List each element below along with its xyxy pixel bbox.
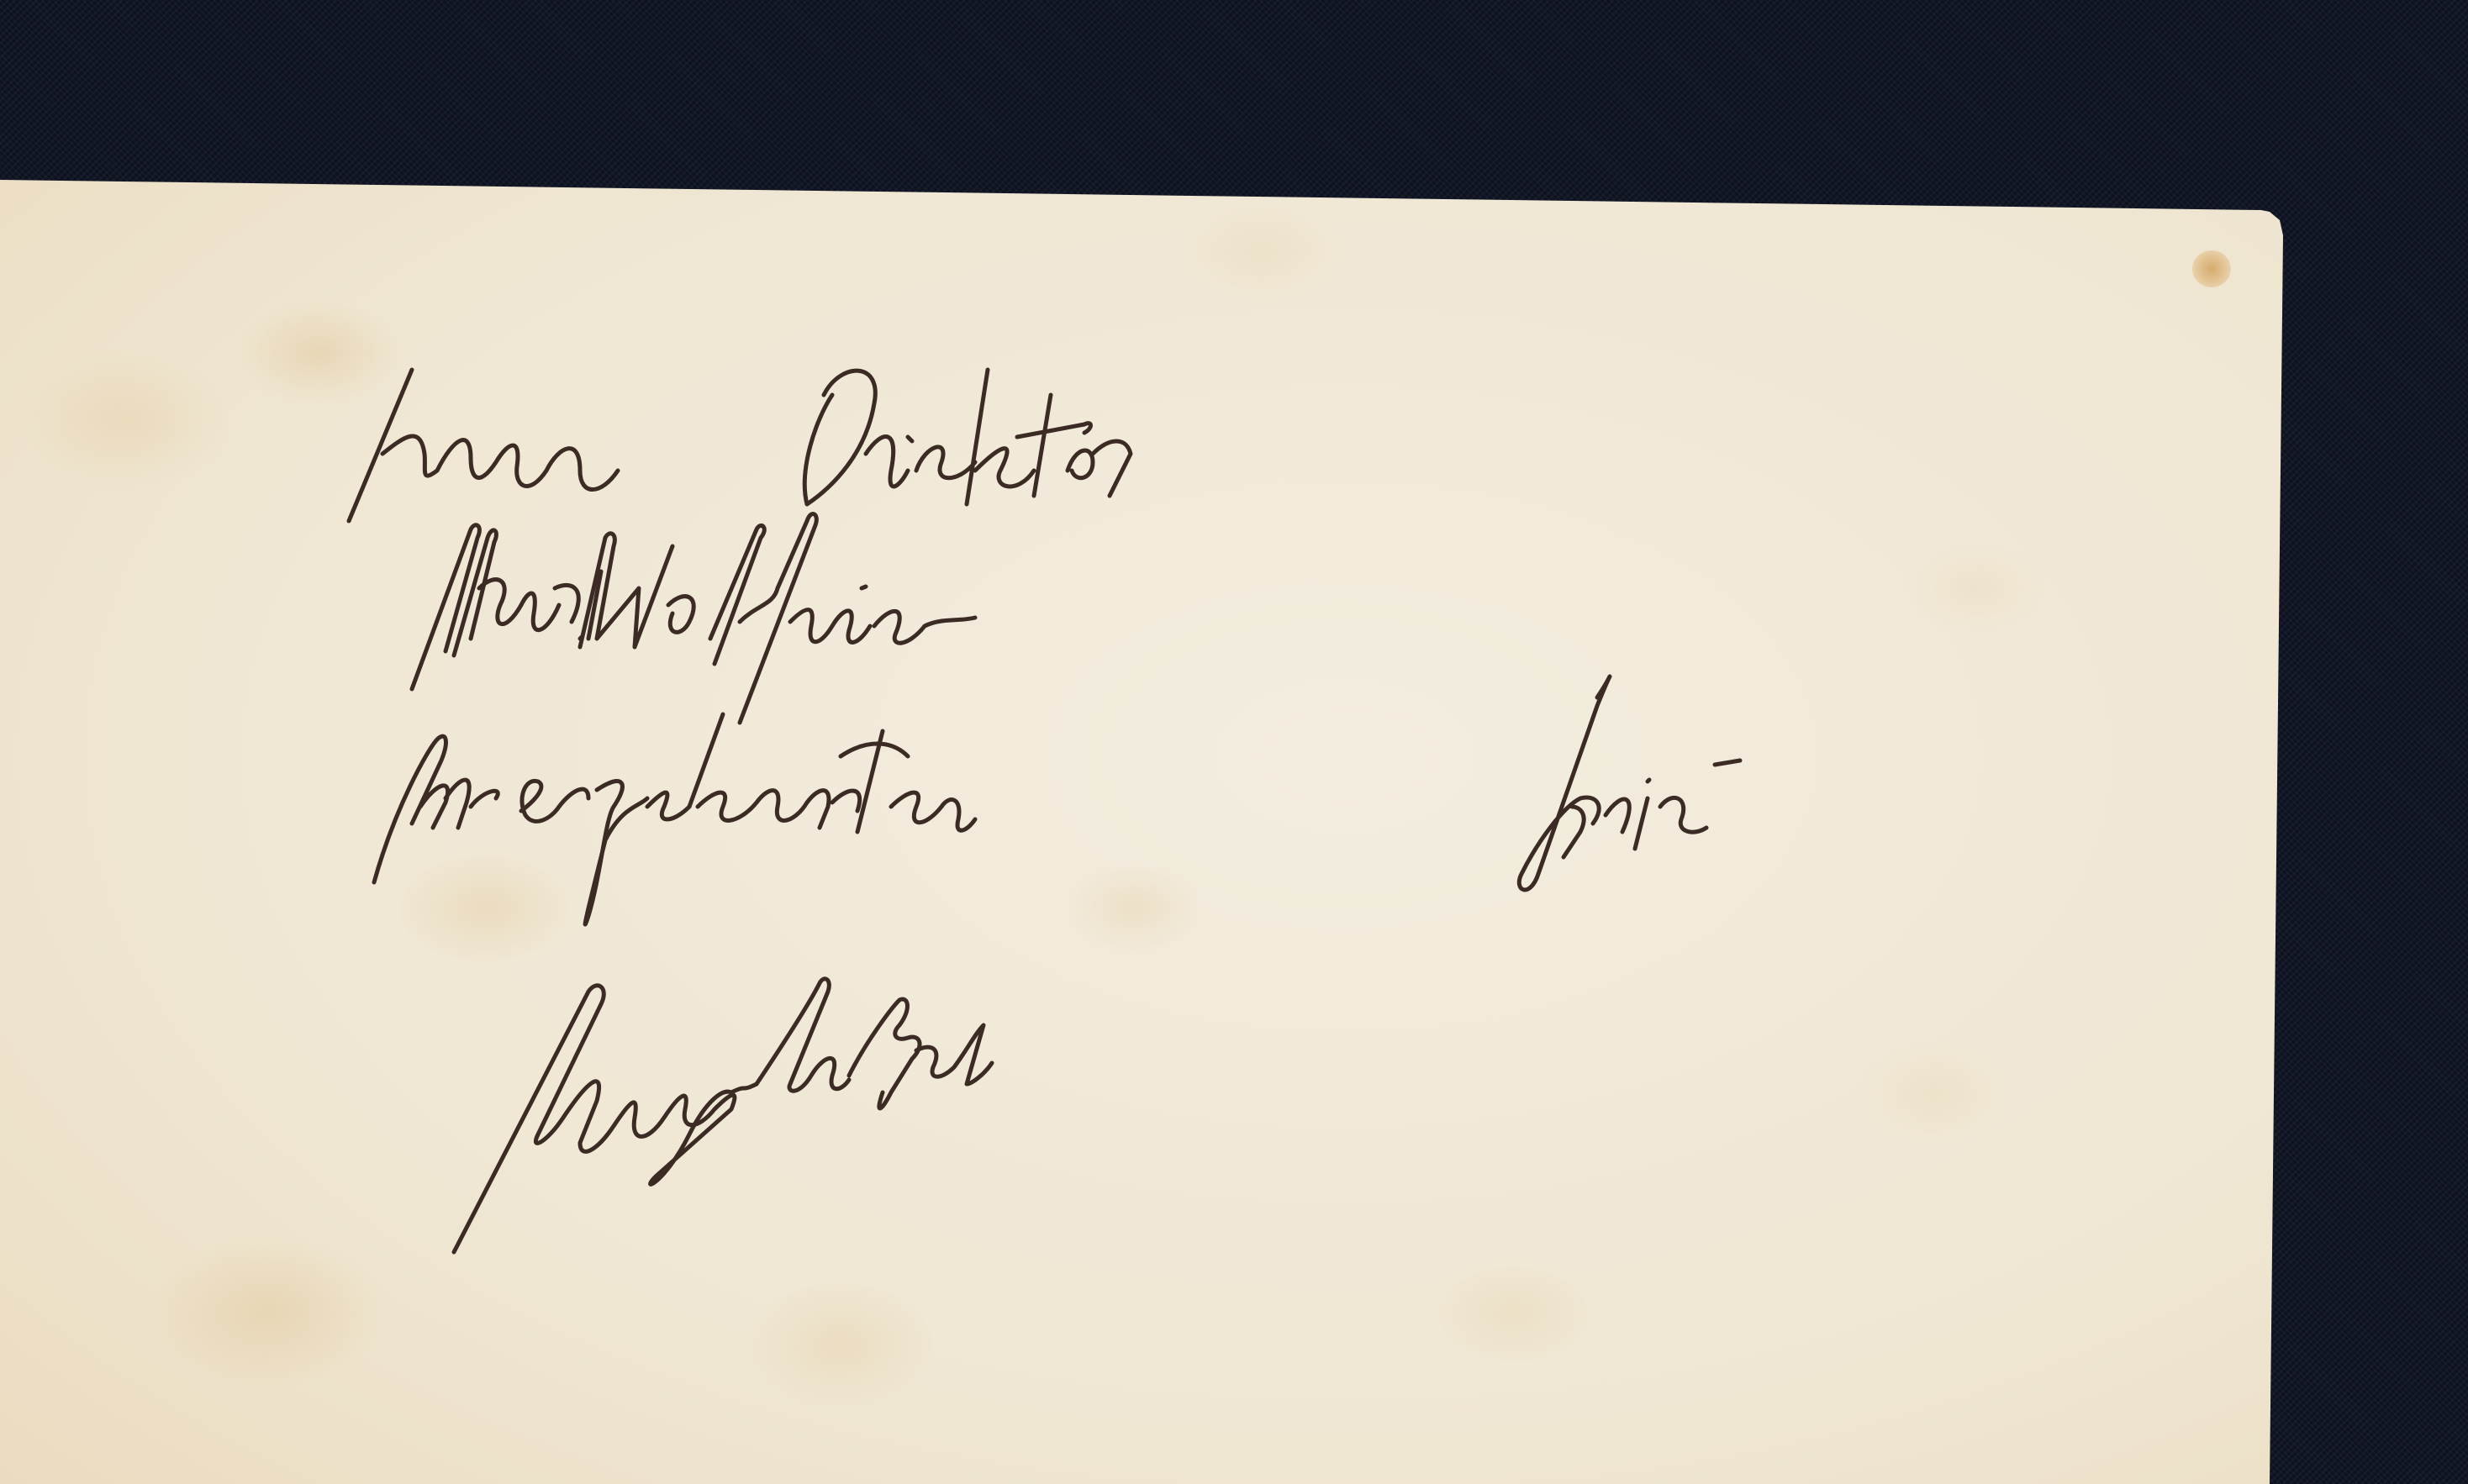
ink-line-hans-wolflein (412, 514, 975, 723)
ink-line-herrn-direktor (349, 370, 1131, 521)
handwritten-inscription: Herrn Direktor Hans Wolflein mit ergeben… (0, 0, 2468, 1484)
ink-line-mit-ergebensten-gruss (374, 714, 975, 924)
ink-signature (454, 979, 992, 1252)
ink-strokes (0, 0, 2468, 1484)
ink-line-gruss (1519, 676, 1740, 890)
